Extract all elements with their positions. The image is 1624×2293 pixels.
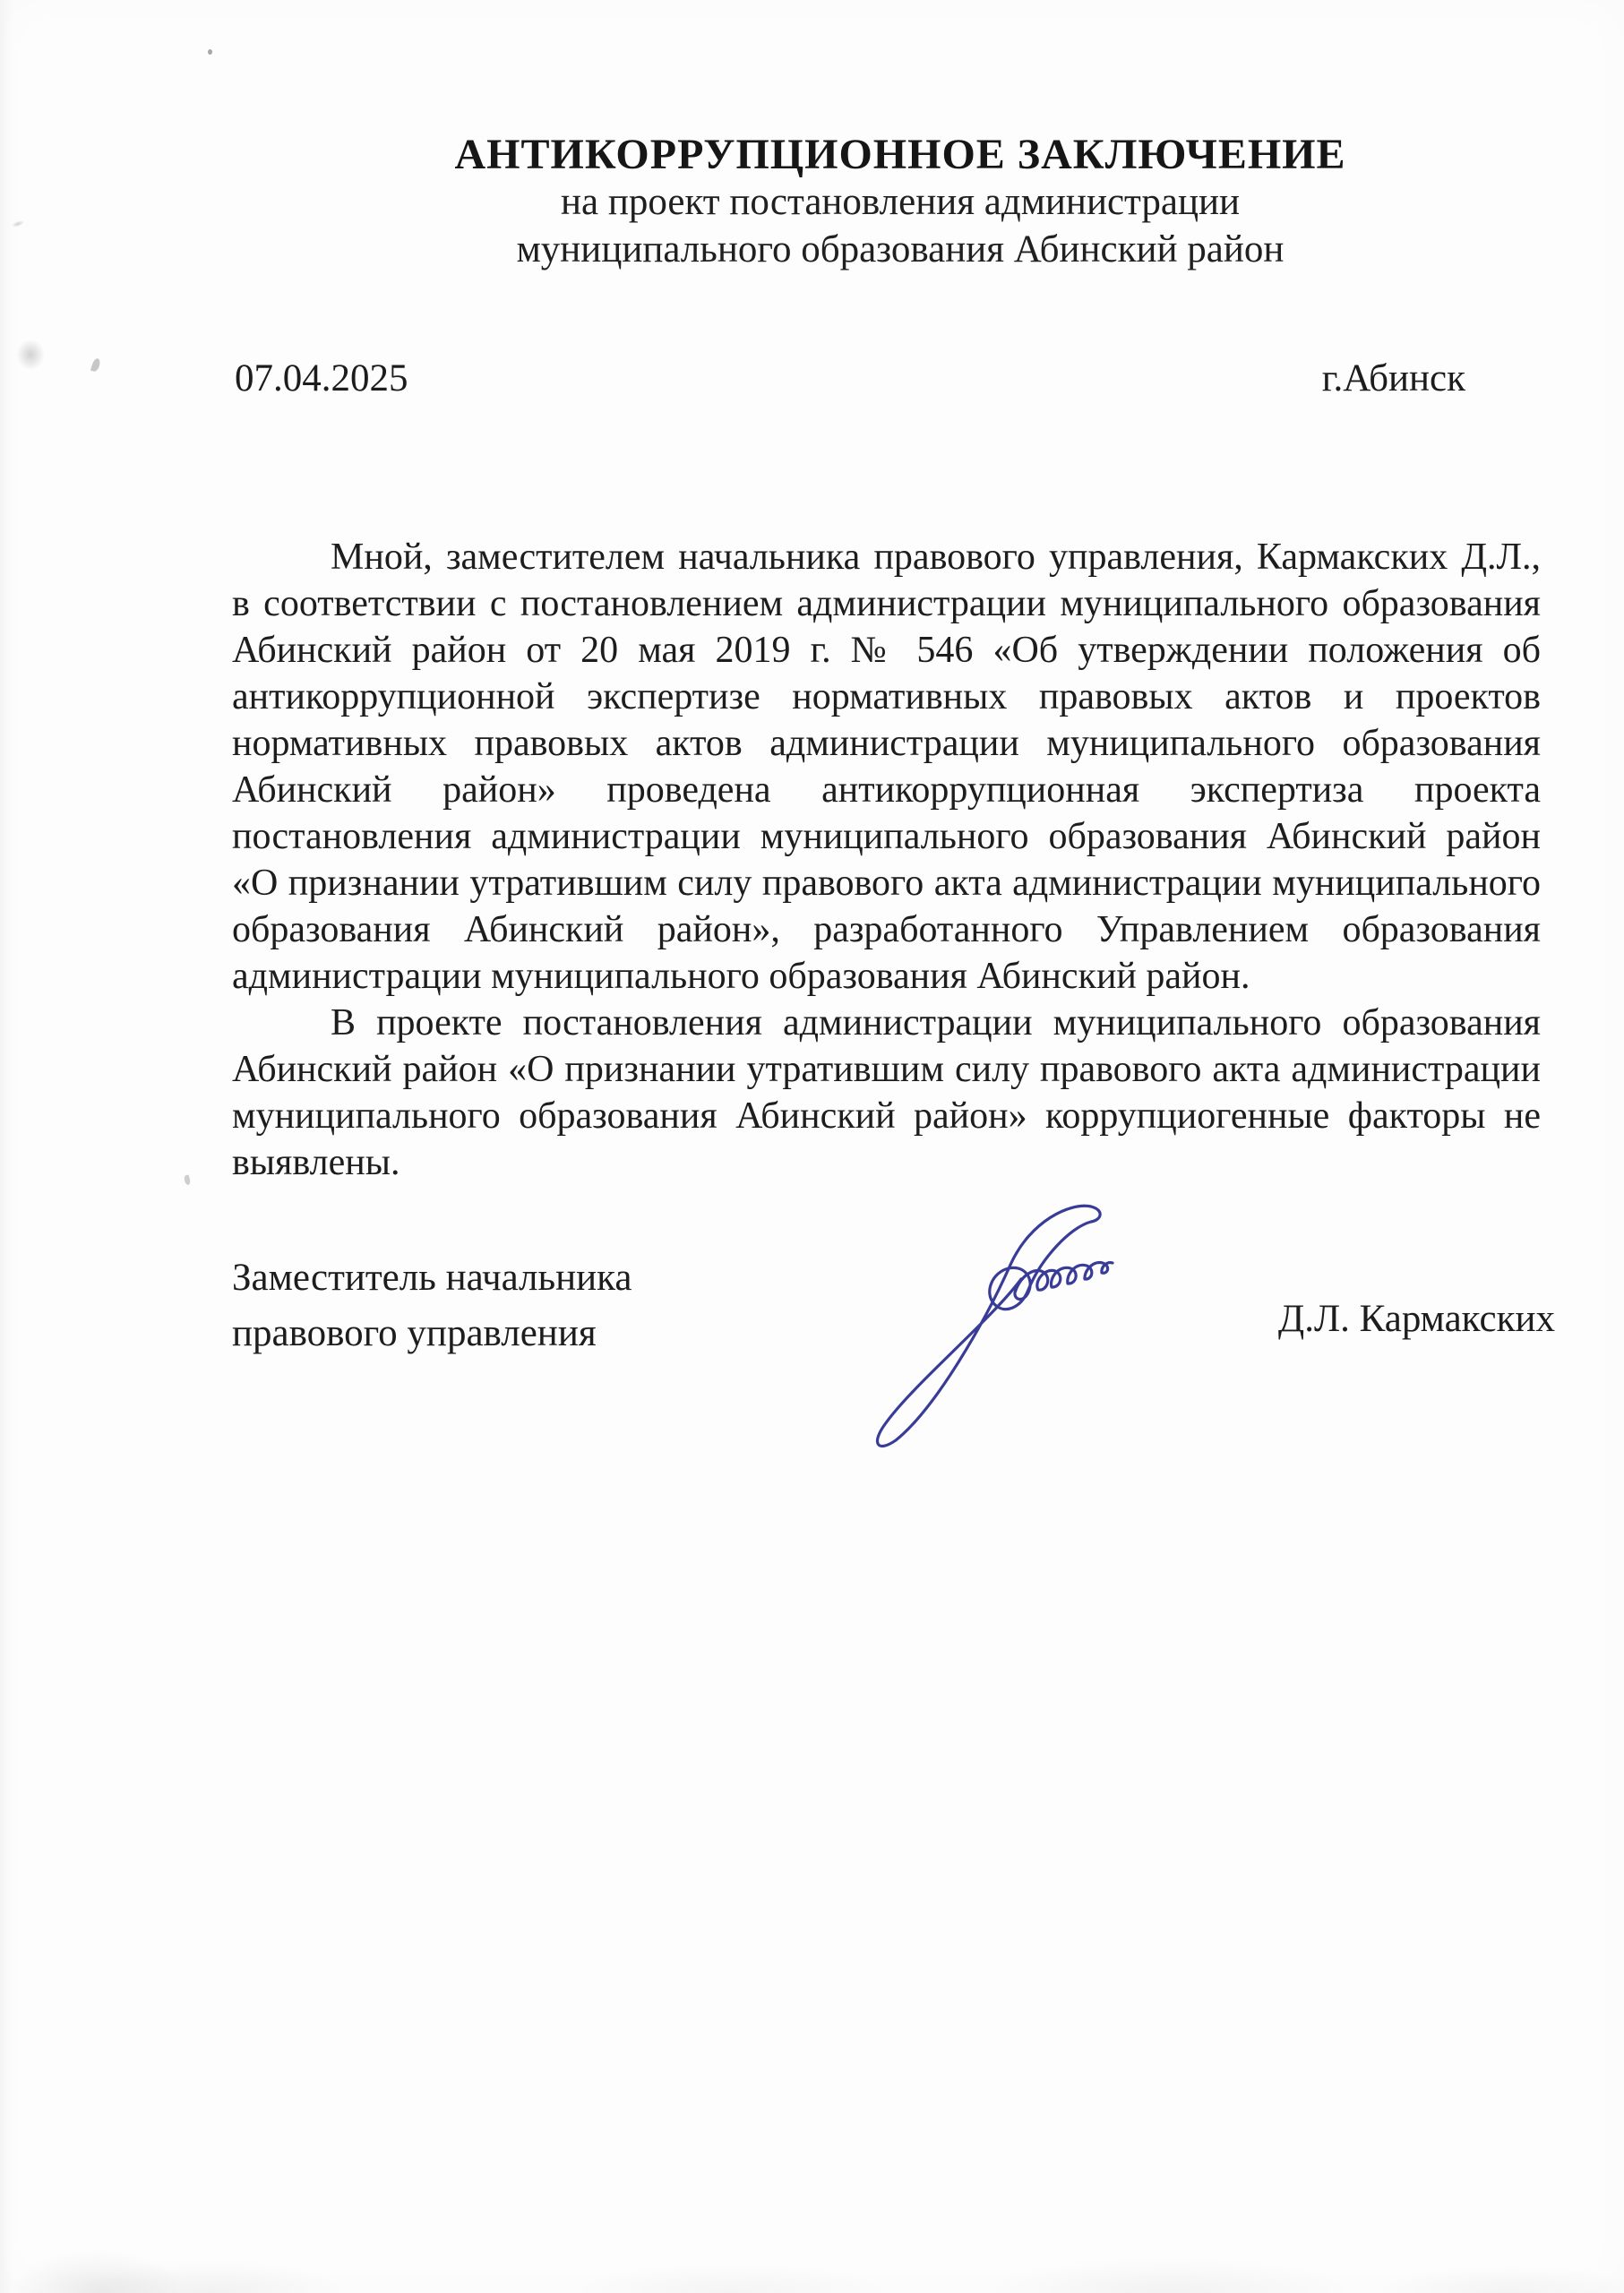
body-line: «О признании утратившим силу правового а… [232,860,1541,906]
body-line: Абинский район от 20 мая 2019 г. № 546 «… [232,627,1541,674]
signatory-position: Заместитель начальника правового управле… [232,1250,632,1361]
body-line: Мной, заместителем начальника правового … [232,534,1541,580]
scan-tick-mark [184,1174,191,1185]
body-line: администрации муниципального образования… [232,953,1541,1000]
document-body: Мной, заместителем начальника правового … [232,534,1541,1186]
title-main: АНТИКОРРУПЦИОННОЕ ЗАКЛЮЧЕНИЕ [233,131,1568,178]
signatory-name: Д.Л. Кармакских [1278,1297,1555,1341]
date-place-row: 07.04.2025 г.Абинск [235,358,1465,399]
body-line: Абинский район «О признании утратившим с… [232,1046,1541,1093]
document-title: АНТИКОРРУПЦИОННОЕ ЗАКЛЮЧЕНИЕ на проект п… [233,131,1568,273]
scan-comma-mark [90,357,101,373]
scan-speck [208,49,212,55]
scanned-document-page: АНТИКОРРУПЦИОННОЕ ЗАКЛЮЧЕНИЕ на проект п… [0,0,1624,2293]
scan-edge-shading [0,2212,1624,2293]
body-line: антикоррупционной экспертизе нормативных… [232,674,1541,720]
signatory-position-line2: правового управления [232,1306,632,1361]
paragraph-1: Мной, заместителем начальника правового … [232,534,1541,1000]
body-line: Абинский район» проведена антикоррупцион… [232,767,1541,813]
body-line: образования Абинский район», разработанн… [232,906,1541,953]
title-sub-line1: на проект постановления администрации [233,178,1568,226]
scan-smudge [11,333,50,376]
title-sub-line2: муниципального образования Абинский райо… [233,226,1568,273]
body-line: постановления администрации муниципально… [232,813,1541,860]
document-date: 07.04.2025 [235,358,408,399]
body-line: в соответствии с постановлением админист… [232,580,1541,627]
handwritten-signature-icon [851,1164,1209,1469]
signatory-position-line1: Заместитель начальника [232,1250,632,1306]
body-line: В проекте постановления администрации му… [232,1000,1541,1046]
scan-side-shading [0,0,13,2293]
paragraph-2: В проекте постановления администрации му… [232,1000,1541,1186]
body-line: муниципального образования Абинский райо… [232,1093,1541,1139]
document-place: г.Абинск [1322,358,1465,399]
body-line: нормативных правовых актов администрации… [232,720,1541,767]
